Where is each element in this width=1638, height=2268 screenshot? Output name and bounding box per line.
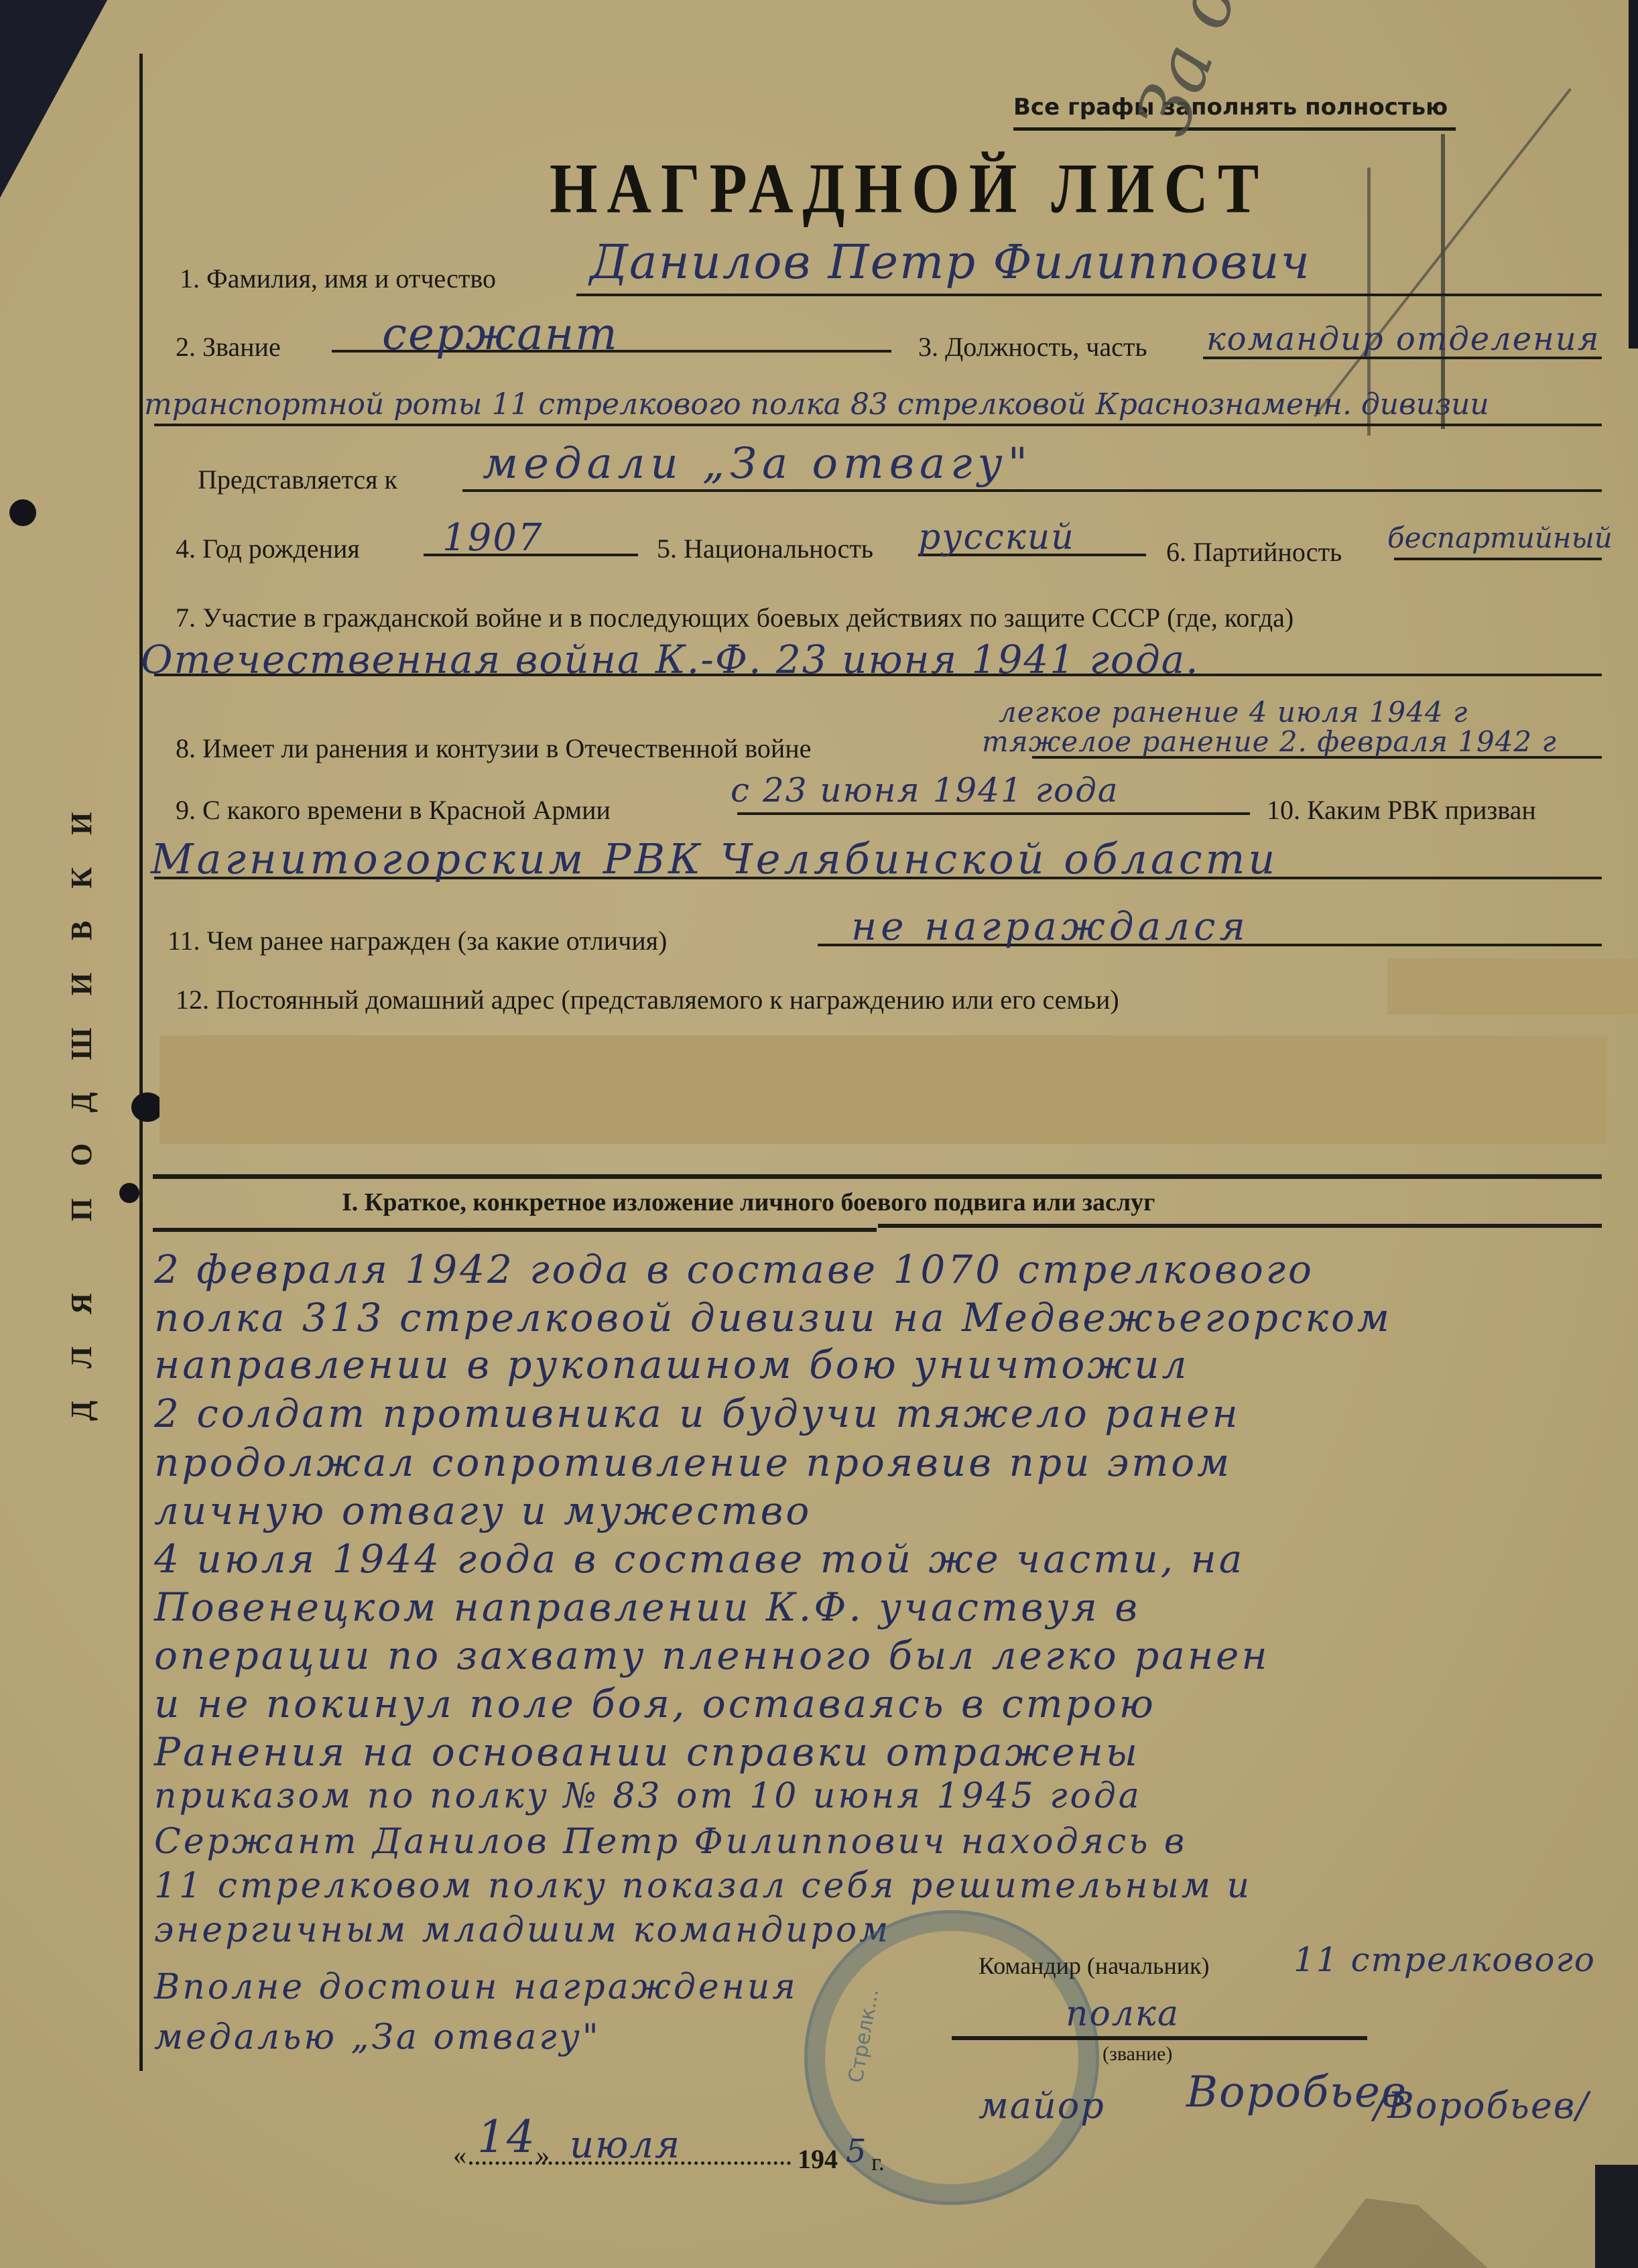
- field-5-label: 5. Национальность: [657, 533, 873, 564]
- pencil-stroke: [1441, 134, 1445, 429]
- scan-background-edge: [1595, 2165, 1638, 2268]
- field-8-label: 8. Имеет ли ранения и контузии в Отечест…: [176, 733, 811, 764]
- narrative-line: 11 стрелковом полку показал себя решител…: [154, 1866, 1252, 1906]
- commander-label: Командир (начальник): [979, 1952, 1209, 1980]
- section-1-underline-right: [878, 1224, 1602, 1228]
- narrative-line: энергичным младшим командиром: [154, 1910, 891, 1950]
- date-open-quote: «: [453, 2139, 466, 2171]
- date-month: июля: [570, 2123, 681, 2167]
- field-3-continuation-line: [154, 424, 1602, 426]
- ink-blot: [131, 1092, 164, 1122]
- narrative-line: Повенецком направлении К.Ф. участвуя в: [154, 1584, 1140, 1630]
- field-7-value: Отечественная война К.-Ф. 23 июня 1941 г…: [141, 637, 1200, 682]
- scan-background-edge: [1629, 0, 1638, 349]
- instruction-underline: [1013, 127, 1456, 131]
- field-6-label: 6. Партийность: [1166, 536, 1342, 568]
- field-9-label: 9. С какого времени в Красной Армии: [176, 794, 611, 826]
- date-year-unit: г.: [871, 2148, 885, 2176]
- nominated-line: [462, 489, 1602, 492]
- narrative-line: Ранения на основании справки отражены: [154, 1729, 1140, 1775]
- field-12-label: 12. Постоянный домашний адрес (представл…: [176, 984, 1119, 1015]
- redacted-address-block: [160, 1035, 1607, 1144]
- commander-signature-name: /Воробьев/: [1374, 2084, 1589, 2127]
- nominated-label: Представляется к: [198, 464, 397, 495]
- narrative-line: 2 февраля 1942 года в составе 1070 стрел…: [154, 1247, 1314, 1292]
- section-divider: [153, 1174, 1602, 1179]
- field-1-label: 1. Фамилия, имя и отчество: [180, 263, 496, 294]
- narrative-line: операции по захвату пленного был легко р…: [154, 1633, 1270, 1678]
- field-1-line: [576, 294, 1602, 296]
- narrative-line: медалью „За отвагу": [154, 2017, 601, 2058]
- rank-caption: (звание): [1102, 2043, 1172, 2066]
- field-1-value: Данилов Петр Филиппович: [590, 235, 1311, 290]
- narrative-line: направлении в рукопашном бою уничтожил: [154, 1342, 1189, 1387]
- nominated-value: медали „За отвагу": [483, 439, 1033, 489]
- field-6-line: [1394, 558, 1602, 560]
- document-title: НАГРАДНОЙ ЛИСТ: [550, 147, 1268, 229]
- date-dotted-line: [469, 2161, 791, 2165]
- date-year-suffix: 5: [846, 2133, 868, 2170]
- commander-unit-value-b: полка: [1066, 1994, 1180, 2034]
- field-11-value: не награждался: [851, 903, 1249, 949]
- section-1-underline-left: [153, 1228, 877, 1232]
- commander-unit-value-a: 11 стрелкового: [1294, 1940, 1596, 1979]
- narrative-line: личную отвагу и мужество: [154, 1488, 812, 1533]
- rank-line: [952, 2036, 1367, 2040]
- narrative-line: полка 313 стрелковой дивизии на Медвежье…: [154, 1295, 1392, 1340]
- field-5-value: русский: [918, 517, 1075, 558]
- field-3-label: 3. Должность, часть: [918, 331, 1147, 363]
- field-2-value: сержант: [382, 308, 619, 360]
- instruction-note: Все графы заполнять полностью: [1013, 94, 1448, 121]
- narrative-line: Вполне достоин награждения: [154, 1967, 798, 2007]
- rank-value: майор: [979, 2084, 1105, 2127]
- field-9-line: [737, 812, 1250, 815]
- field-3-value-b: транспортной роты 11 стрелкового полка 8…: [144, 387, 1489, 422]
- narrative-line: Сержант Данилов Петр Филиппович находясь…: [154, 1822, 1187, 1862]
- field-4-label: 4. Год рождения: [176, 533, 360, 564]
- field-3-value-a: командир отделения: [1206, 320, 1600, 358]
- date-day: 14: [477, 2111, 536, 2163]
- field-2-label: 2. Звание: [176, 331, 281, 363]
- field-8-value-a: легкое ранение 4 июля 1944 г: [999, 696, 1468, 729]
- date-year-prefix: 194: [798, 2143, 838, 2175]
- field-8-value-b: тяжелое ранение 2. февраля 1942 г: [982, 725, 1557, 758]
- narrative-line: приказом по полку № 83 от 10 июня 1945 г…: [154, 1776, 1142, 1816]
- narrative-line: и не покинул поле боя, оставаясь в строю: [154, 1681, 1156, 1726]
- field-4-value: 1907: [442, 516, 544, 560]
- field-7-label: 7. Участие в гражданской войне и в после…: [176, 602, 1294, 633]
- field-10-value: Магнитогорским РВК Челябинской области: [151, 834, 1278, 883]
- field-9-value: с 23 июня 1941 года: [731, 771, 1119, 810]
- section-1-heading: I. Краткое, конкретное изложение личного…: [342, 1188, 1155, 1217]
- date-close-quote: »: [536, 2139, 550, 2171]
- redacted-address-fragment: [1387, 958, 1638, 1015]
- field-10-label: 10. Каким РВК призван: [1267, 794, 1536, 826]
- ink-blot: [119, 1183, 139, 1203]
- ink-blot: [9, 499, 36, 526]
- binding-margin-label: ДЛЯ ПОДШИВКИ: [64, 780, 99, 1421]
- field-11-label: 11. Чем ранее награжден (за какие отличи…: [168, 925, 667, 956]
- narrative-line: продолжал сопротивление проявив при этом: [154, 1440, 1232, 1485]
- narrative-line: 4 июля 1944 года в составе той же части,…: [154, 1536, 1245, 1582]
- narrative-line: 2 солдат противника и будучи тяжело ране…: [154, 1391, 1241, 1436]
- binding-margin-rule: [139, 54, 143, 2071]
- field-6-value: беспартийный: [1387, 521, 1613, 554]
